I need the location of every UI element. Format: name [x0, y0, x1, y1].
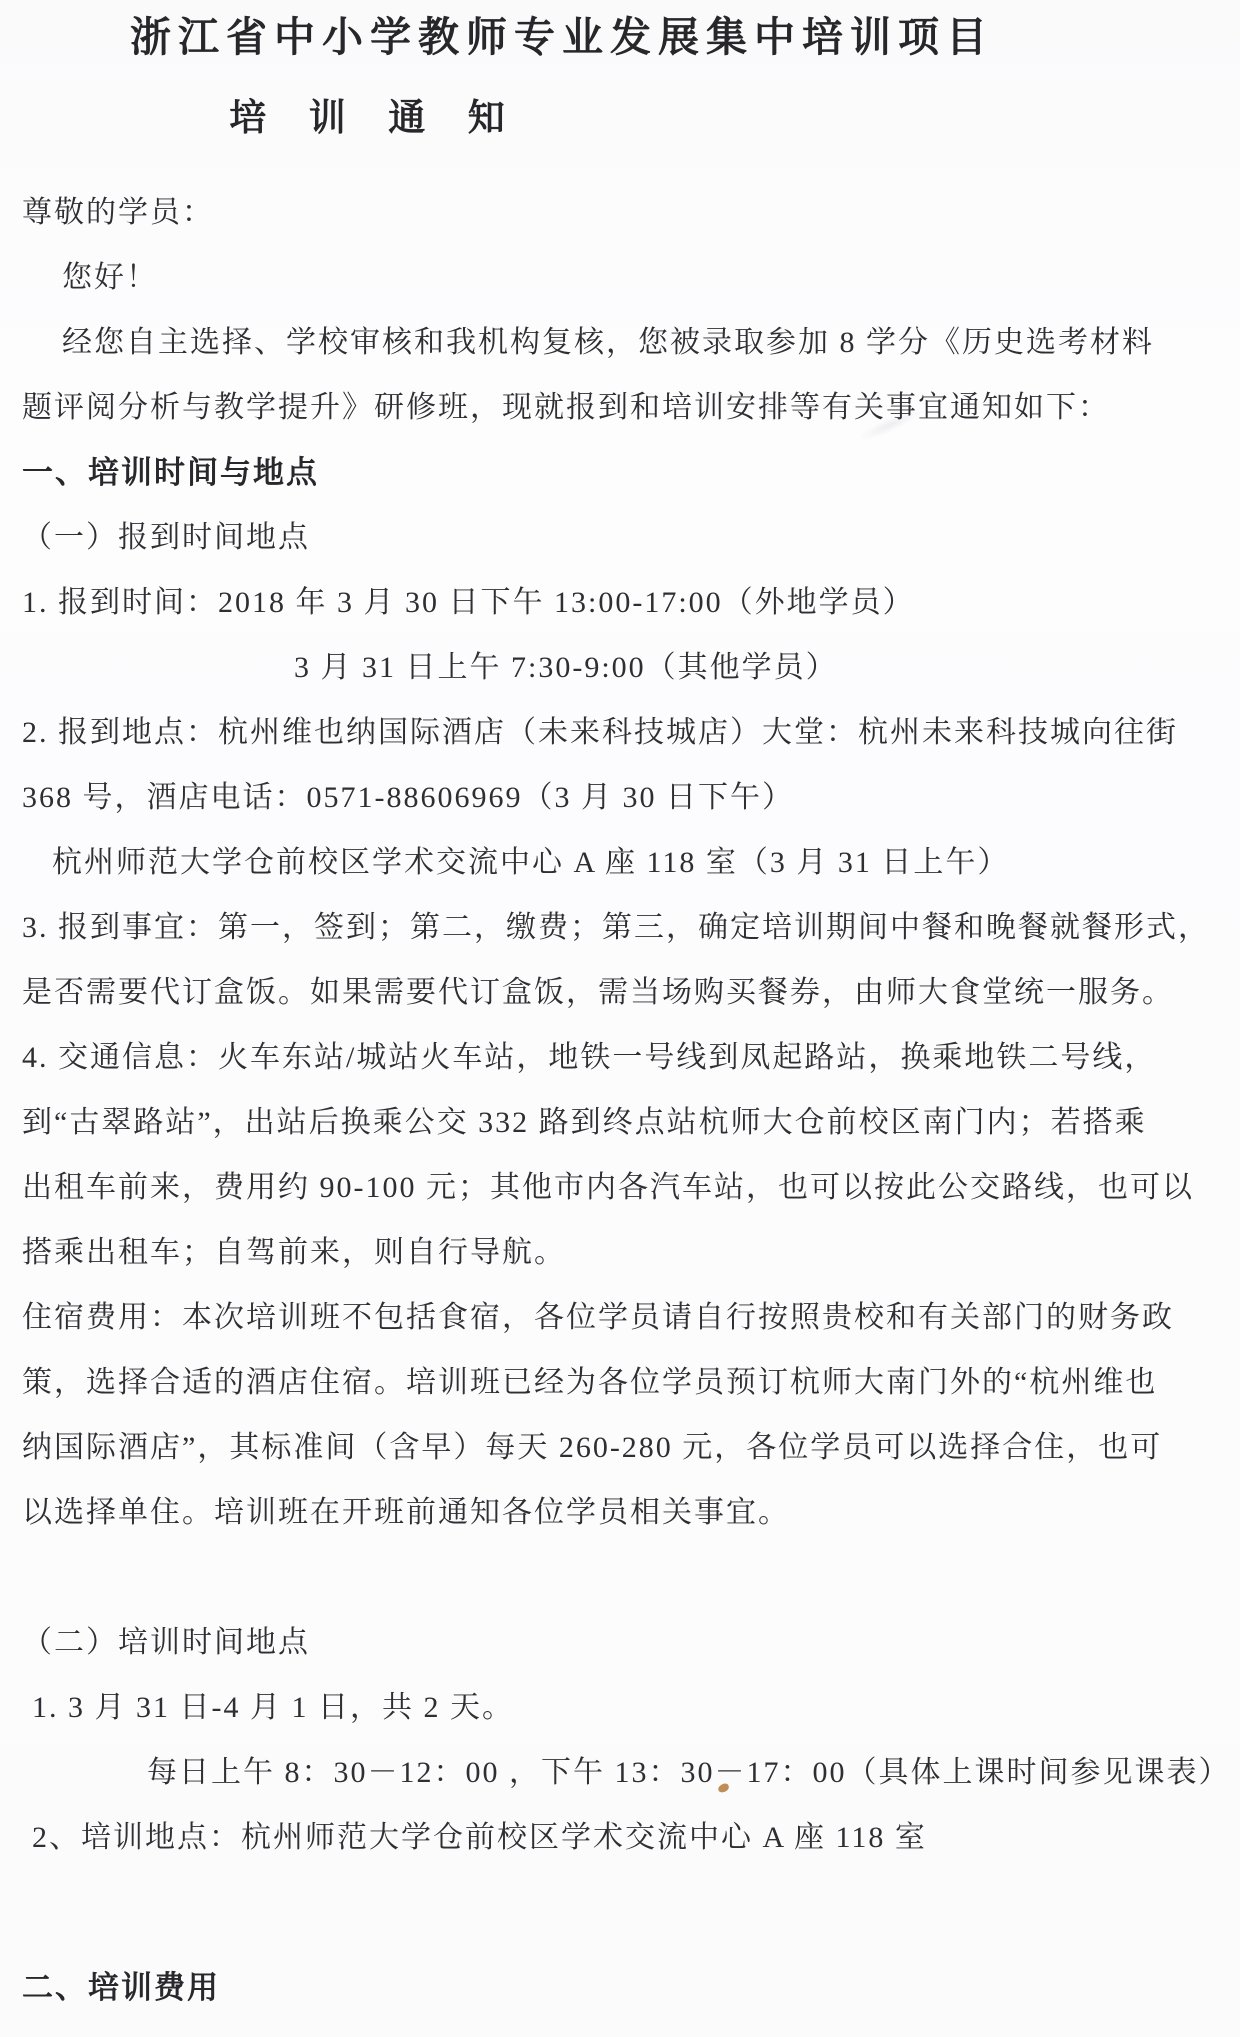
blank-line: [22, 1870, 1222, 1935]
scanned-document-page: 浙江省中小学教师专业发展集中培训项目 培 训 通 知 ’ 尊敬的学员：您好！经您…: [0, 0, 1240, 2037]
text-line: 以选择单住。培训班在开班前通知各位学员相关事宜。: [22, 1480, 1222, 1545]
text-line: 尊敬的学员：: [22, 180, 1222, 245]
text-line: 2、培训地点：杭州师范大学仓前校区学术交流中心 A 座 118 室: [22, 1805, 1222, 1870]
document-body: 尊敬的学员：您好！经您自主选择、学校审核和我机构复核，您被录取参加 8 学分《历…: [22, 180, 1222, 2020]
document-title: 浙江省中小学教师专业发展集中培训项目: [0, 12, 1124, 62]
text-line: 您好！: [22, 245, 1222, 310]
text-line: 4. 交通信息：火车东站/城站火车站，地铁一号线到凤起路站，换乘地铁二号线，: [22, 1025, 1222, 1090]
text-line: 杭州师范大学仓前校区学术交流中心 A 座 118 室（3 月 31 日上午）: [22, 830, 1222, 895]
document-subtitle: 培 训 通 知: [0, 96, 742, 142]
text-line: 到“古翠路站”，出站后换乘公交 332 路到终点站杭师大仓前校区南门内；若搭乘: [22, 1090, 1222, 1155]
text-line: 纳国际酒店”，其标准间（含早）每天 260-280 元，各位学员可以选择合住，也…: [22, 1415, 1222, 1480]
text-line: 题评阅分析与教学提升》研修班，现就报到和培训安排等有关事宜通知如下：: [22, 375, 1222, 440]
text-line: 每日上午 8：30－12：00 ，下午 13：30－17：00（具体上课时间参见…: [22, 1740, 1222, 1805]
text-line: 2. 报到地点：杭州维也纳国际酒店（未来科技城店）大堂：杭州未来科技城向往街: [22, 700, 1222, 765]
text-line: 出租车前来，费用约 90-100 元；其他市内各汽车站，也可以按此公交路线，也可…: [22, 1155, 1222, 1220]
text-line: 368 号，酒店电话：0571-88606969（3 月 30 日下午）: [22, 765, 1222, 830]
text-line: 是否需要代订盒饭。如果需要代订盒饭，需当场购买餐券，由师大食堂统一服务。: [22, 960, 1222, 1025]
text-line: （二）培训时间地点: [22, 1610, 1222, 1675]
text-line: 搭乘出租车；自驾前来，则自行导航。: [22, 1220, 1222, 1285]
text-line: 住宿费用：本次培训班不包括食宿，各位学员请自行按照贵校和有关部门的财务政: [22, 1285, 1222, 1350]
text-line: 一、培训时间与地点: [22, 440, 1222, 505]
text-line: 二、培训费用: [22, 1955, 1222, 2020]
text-line: 1. 3 月 31 日-4 月 1 日，共 2 天。: [22, 1675, 1222, 1740]
text-line: 1. 报到时间：2018 年 3 月 30 日下午 13:00-17:00（外地…: [22, 570, 1222, 635]
blank-line: [22, 1545, 1222, 1610]
text-line: 经您自主选择、学校审核和我机构复核，您被录取参加 8 学分《历史选考材料: [22, 310, 1222, 375]
text-line: 3 月 31 日上午 7:30-9:00（其他学员）: [22, 635, 1222, 700]
text-line: （一）报到时间地点: [22, 505, 1222, 570]
text-line: 策，选择合适的酒店住宿。培训班已经为各位学员预订杭师大南门外的“杭州维也: [22, 1350, 1222, 1415]
text-line: 3. 报到事宜：第一，签到；第二，缴费；第三，确定培训期间中餐和晚餐就餐形式，: [22, 895, 1222, 960]
